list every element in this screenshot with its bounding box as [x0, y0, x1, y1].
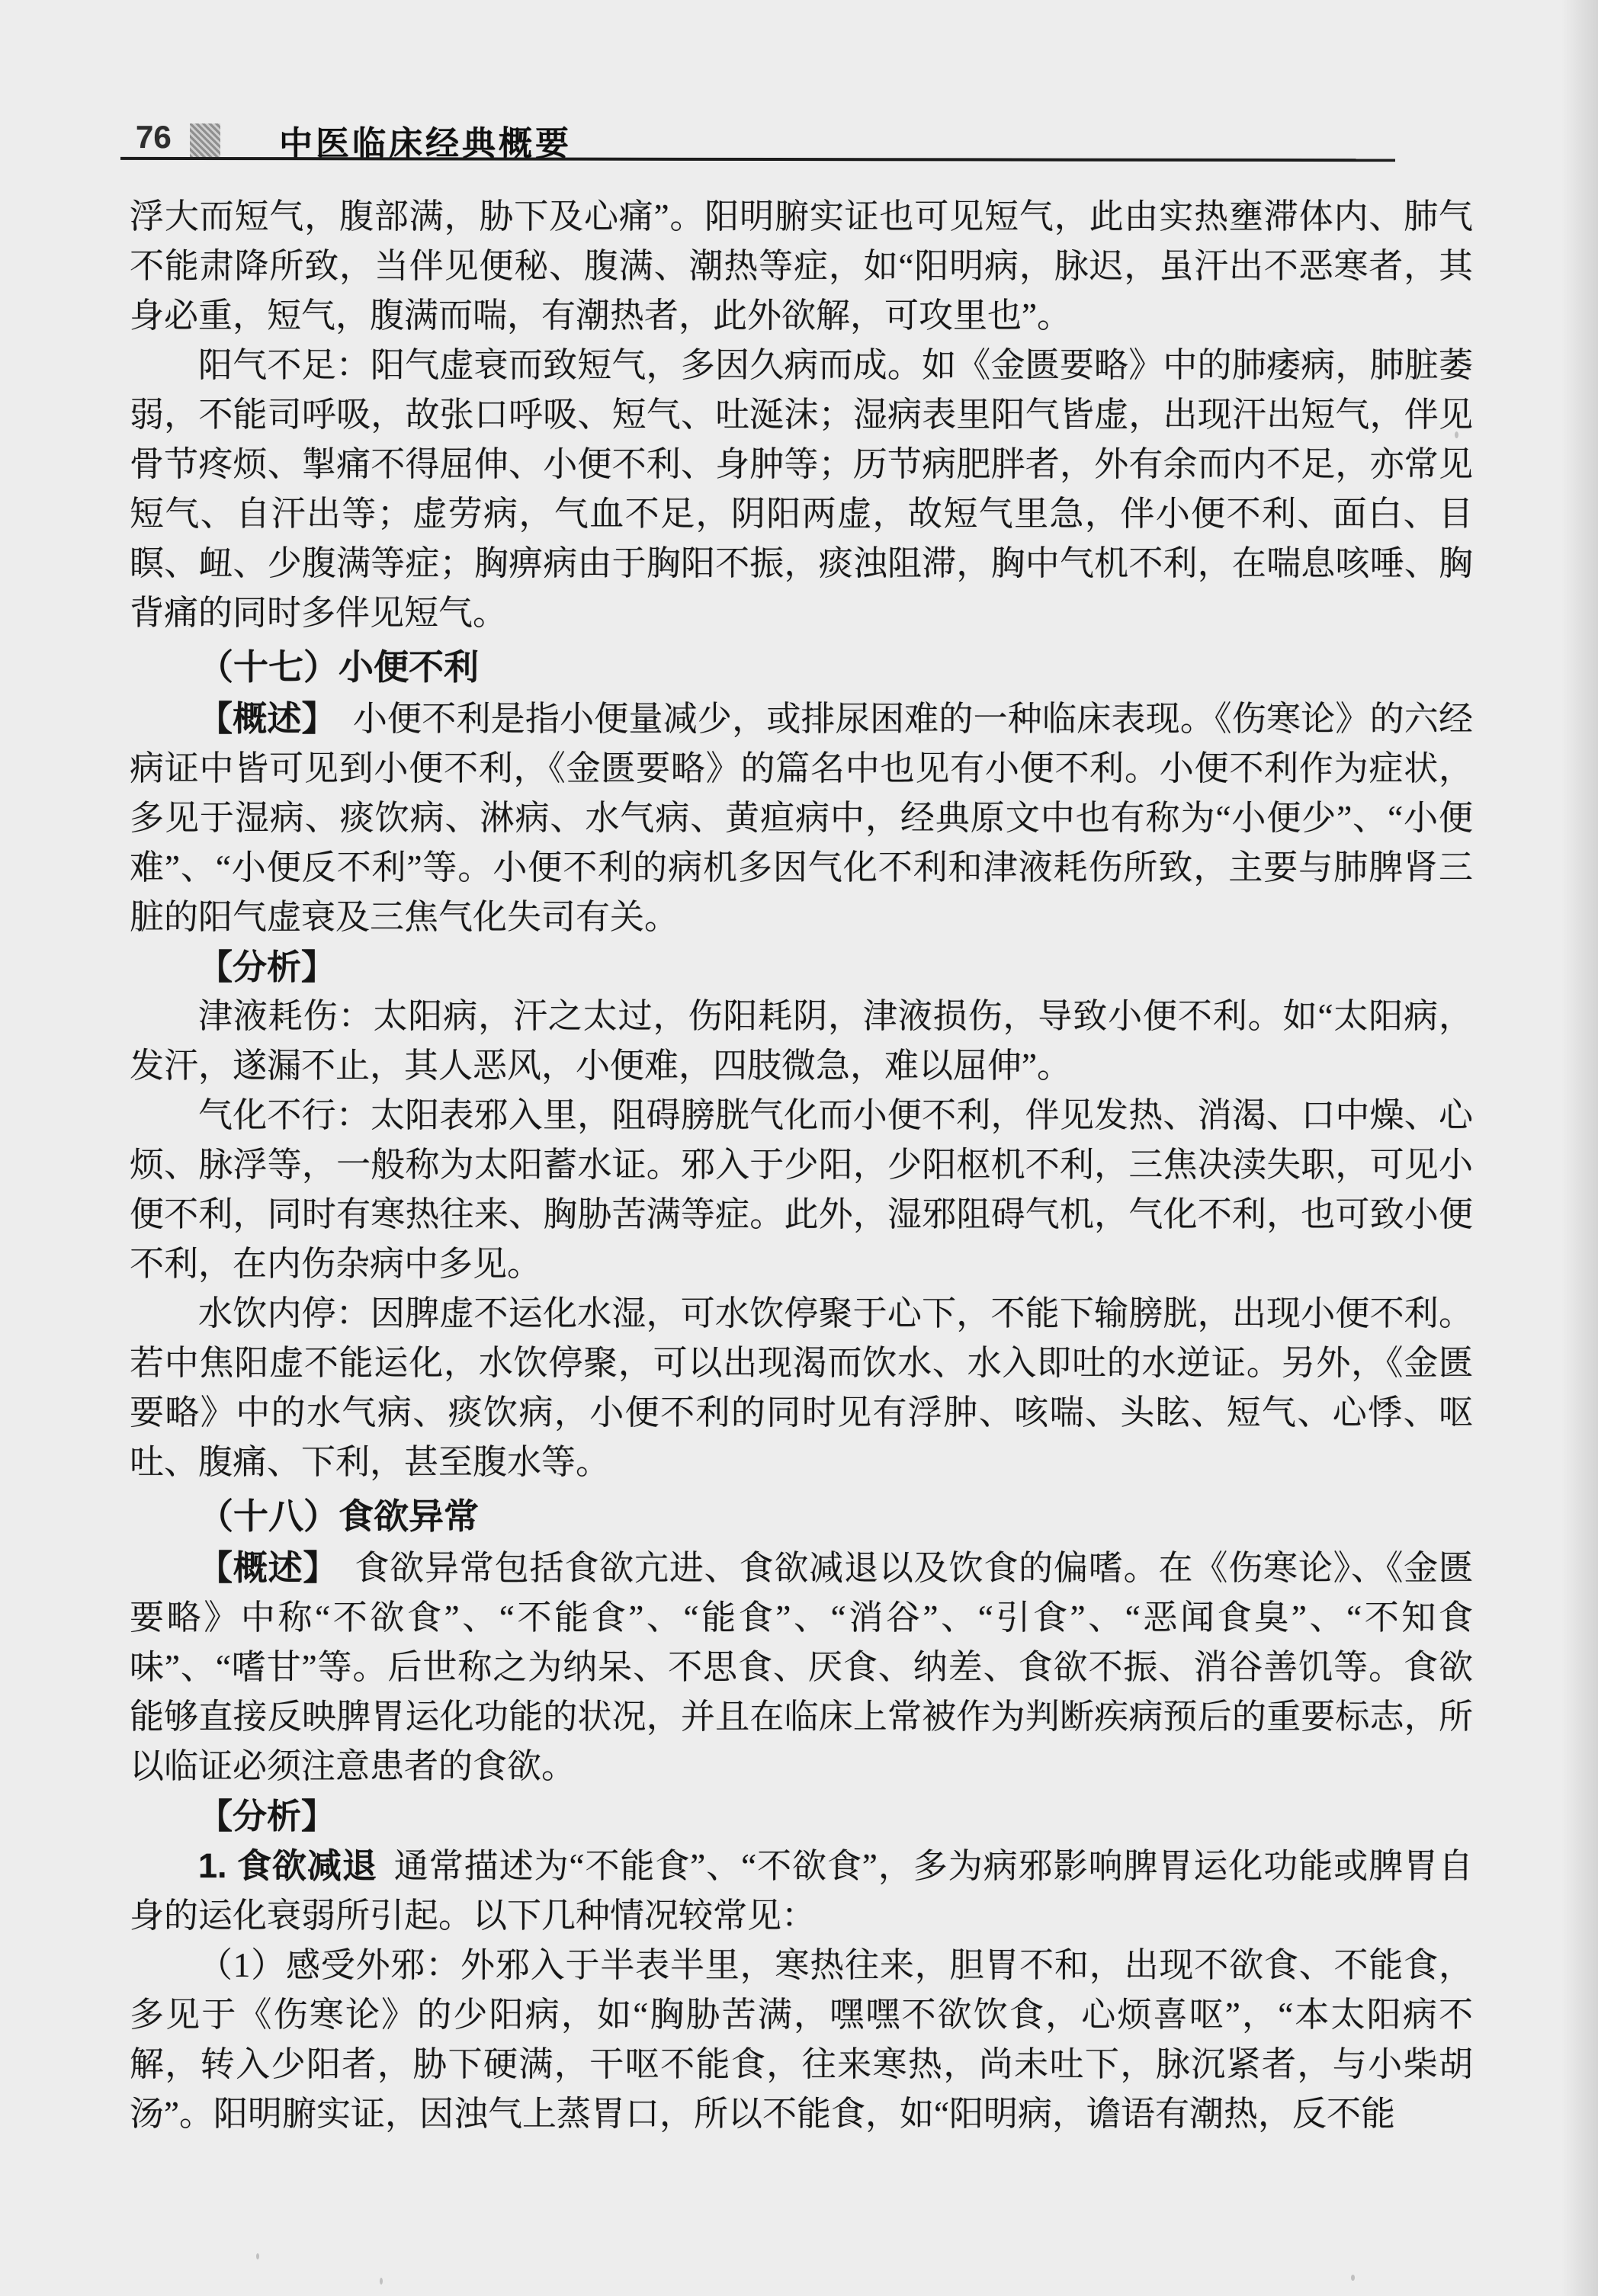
scan-speck: [1351, 2275, 1355, 2281]
paragraph: 1. 食欲减退通常描述为“不能食”、“不欲食”，多为病邪影响脾胃运化功能或脾胃自…: [130, 1841, 1473, 1941]
section-heading: （十八）食欲异常: [130, 1492, 1473, 1541]
page-number: 76: [136, 119, 172, 156]
paragraph: 【概述】小便不利是指小便量减少，或排尿困难的一种临床表现。《伤寒论》的六经病证中…: [130, 694, 1473, 942]
paragraph: 水饮内停：因脾虚不运化水湿，可水饮停聚于心下，不能下输膀胱，出现小便不利。若中焦…: [130, 1289, 1473, 1487]
scan-speck: [1455, 431, 1458, 438]
text-column: 浮大而短气，腹部满，胁下及心痛”。阳明腑实证也可见短气，此由实热壅滞体内、肺气不…: [130, 192, 1473, 2139]
paragraph: 浮大而短气，腹部满，胁下及心痛”。阳明腑实证也可见短气，此由实热壅滞体内、肺气不…: [130, 192, 1473, 341]
paragraph: 阳气不足：阳气虚衰而致短气，多因久病而成。如《金匮要略》中的肺痿病，肺脏萎弱，不…: [130, 341, 1473, 638]
scan-edge-shadow: [1561, 0, 1598, 2296]
scan-speck: [380, 2278, 383, 2285]
paragraph: （1）感受外邪：外邪入于半表半里，寒热往来，胆胃不和，出现不欲食、不能食，多见于…: [130, 1941, 1473, 2139]
book-page: { "page": { "header": { "page_number": "…: [0, 0, 1598, 2296]
section-heading: （十七）小便不利: [130, 643, 1473, 692]
halftone-square-icon: [190, 123, 220, 157]
paragraph: 气化不行：太阳表邪入里，阻碍膀胱气化而小便不利，伴见发热、消渴、口中燥、心烦、脉…: [130, 1091, 1473, 1289]
analysis-label: 【分析】: [130, 1791, 1473, 1841]
analysis-label: 【分析】: [130, 942, 1473, 992]
paragraph-prefix: 1. 食欲减退: [198, 1846, 377, 1885]
paragraph: 津液耗伤：太阳病，汗之太过，伤阳耗阴，津液损伤，导致小便不利。如“太阳病，发汗，…: [130, 992, 1473, 1091]
paragraph-prefix: 【概述】: [198, 1548, 338, 1587]
scan-speck: [256, 2253, 259, 2259]
paragraph: 【概述】食欲异常包括食欲亢进、食欲减退以及饮食的偏嗜。在《伤寒论》、《金匮要略》…: [130, 1543, 1473, 1791]
paragraph-prefix: 【概述】: [198, 699, 336, 738]
